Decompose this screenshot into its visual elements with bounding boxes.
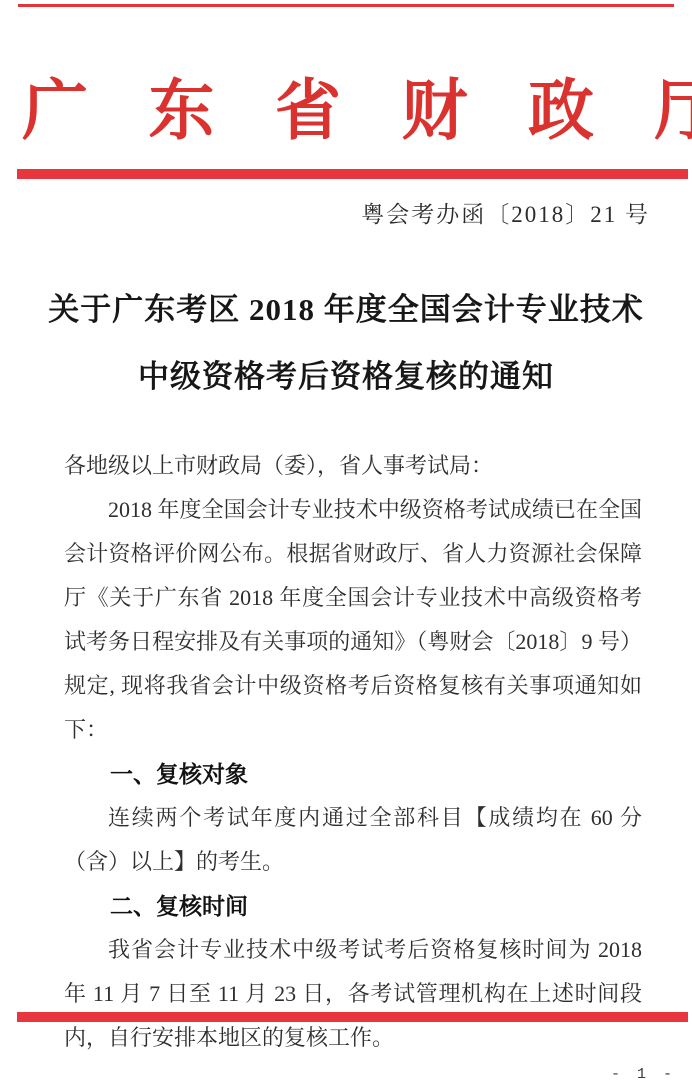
document-body: 各地级以上市财政局（委），省人事考试局： 2018 年度全国会计专业技术中级资格…	[64, 444, 642, 1060]
salutation-line: 各地级以上市财政局（委），省人事考试局：	[64, 444, 642, 488]
document-number: 粤会考办函〔2018〕21 号	[361, 196, 650, 229]
section-1-paragraph: 连续两个考试年度内通过全部科目【成绩均在 60 分（含）以上】的考生。	[64, 796, 642, 884]
page-number: - 1 -	[611, 1066, 676, 1083]
section-2-paragraph: 我省会计专业技术中级考试考后资格复核时间为 2018 年 11 月 7 日至 1…	[64, 928, 642, 1060]
footer-red-rule	[17, 1012, 688, 1022]
official-document-page: 广 东 省 财 政 厅 粤会考办函〔2018〕21 号 关于广东考区 2018 …	[0, 0, 692, 1092]
letterhead-title: 广 东 省 财 政 厅	[0, 62, 692, 162]
document-title-line2: 中级资格考后资格复核的通知	[40, 343, 652, 410]
intro-paragraph: 2018 年度全国会计专业技术中级资格考试成绩已在全国会计资格评价网公布。根据省…	[64, 488, 642, 752]
section-heading-1: 一、复核对象	[64, 752, 642, 796]
letterhead-red-rule	[17, 169, 688, 179]
document-title-line1: 关于广东考区 2018 年度全国会计专业技术	[40, 276, 652, 343]
document-title: 关于广东考区 2018 年度全国会计专业技术 中级资格考后资格复核的通知	[40, 276, 652, 410]
section-heading-2: 二、复核时间	[64, 884, 642, 928]
top-red-rule	[18, 4, 674, 7]
